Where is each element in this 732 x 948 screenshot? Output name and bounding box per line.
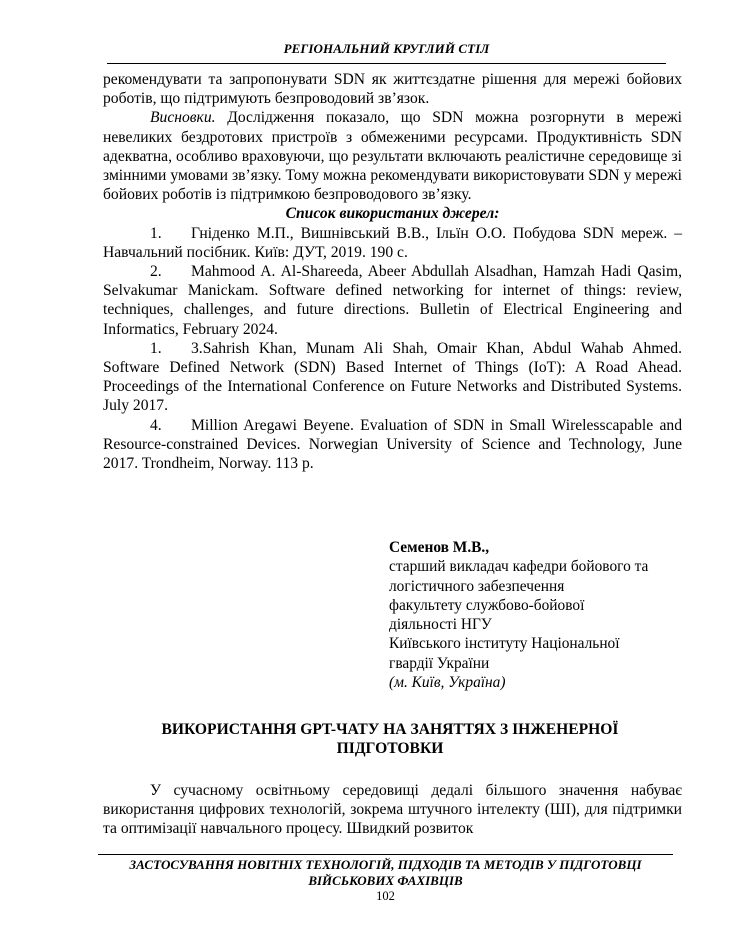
reference-item: 2.Mahmood A. Al-Shareeda, Abeer Abdullah… bbox=[103, 262, 682, 339]
page-number: 102 bbox=[98, 889, 673, 904]
author-affiliation-line: гвардії України bbox=[389, 654, 689, 673]
paragraph-continuation: рекомендувати та запропонувати SDN як жи… bbox=[103, 70, 682, 108]
footer-rule bbox=[98, 854, 673, 855]
references-title: Список використаних джерел: bbox=[103, 204, 682, 223]
paragraph-intro: У сучасному освітньому середовищі дедалі… bbox=[103, 781, 682, 839]
conclusions-label: Висновки. bbox=[150, 109, 216, 126]
author-name: Семенов М.В., bbox=[389, 538, 689, 557]
document-page: РЕГІОНАЛЬНИЙ КРУГЛИЙ СТІЛ рекомендувати … bbox=[0, 0, 732, 948]
running-footer: ЗАСТОСУВАННЯ НОВІТНІХ ТЕХНОЛОГІЙ, ПІДХОД… bbox=[98, 857, 673, 888]
reference-number: 2. bbox=[150, 262, 191, 281]
author-affiliation-line: діяльності НГУ bbox=[389, 615, 689, 634]
author-block: Семенов М.В., старший викладач кафедри б… bbox=[389, 538, 689, 692]
body-block-intro: У сучасному освітньому середовищі дедалі… bbox=[103, 781, 682, 839]
reference-number: 4. bbox=[150, 416, 191, 435]
reference-item: 4.Million Aregawi Beyene. Evaluation of … bbox=[103, 416, 682, 474]
reference-number: 1. bbox=[150, 339, 191, 358]
reference-item: 1.Гніденко М.П., Вишнівський В.В., Ільїн… bbox=[103, 224, 682, 262]
author-location: (м. Київ, Україна) bbox=[389, 673, 689, 692]
author-affiliation-line: старший викладач кафедри бойового та bbox=[389, 557, 689, 576]
author-affiliation-line: логістичного забезпечення bbox=[389, 577, 689, 596]
running-header: РЕГІОНАЛЬНИЙ КРУГЛИЙ СТІЛ bbox=[107, 41, 666, 57]
header-rule bbox=[107, 63, 666, 64]
author-affiliation-line: факультету службово-бойової bbox=[389, 596, 689, 615]
author-affiliation-line: Київського інституту Національної bbox=[389, 634, 689, 653]
article-title: ВИКОРИСТАННЯ GPT-ЧАТУ НА ЗАНЯТТЯХ З ІНЖЕ… bbox=[130, 720, 650, 759]
reference-number: 1. bbox=[150, 224, 191, 243]
body-block-conclusions: рекомендувати та запропонувати SDN як жи… bbox=[103, 70, 682, 473]
reference-item: 1.3.Sahrish Khan, Munam Ali Shah, Omair … bbox=[103, 339, 682, 416]
paragraph-conclusions: Висновки. Дослідження показало, що SDN м… bbox=[103, 108, 682, 204]
